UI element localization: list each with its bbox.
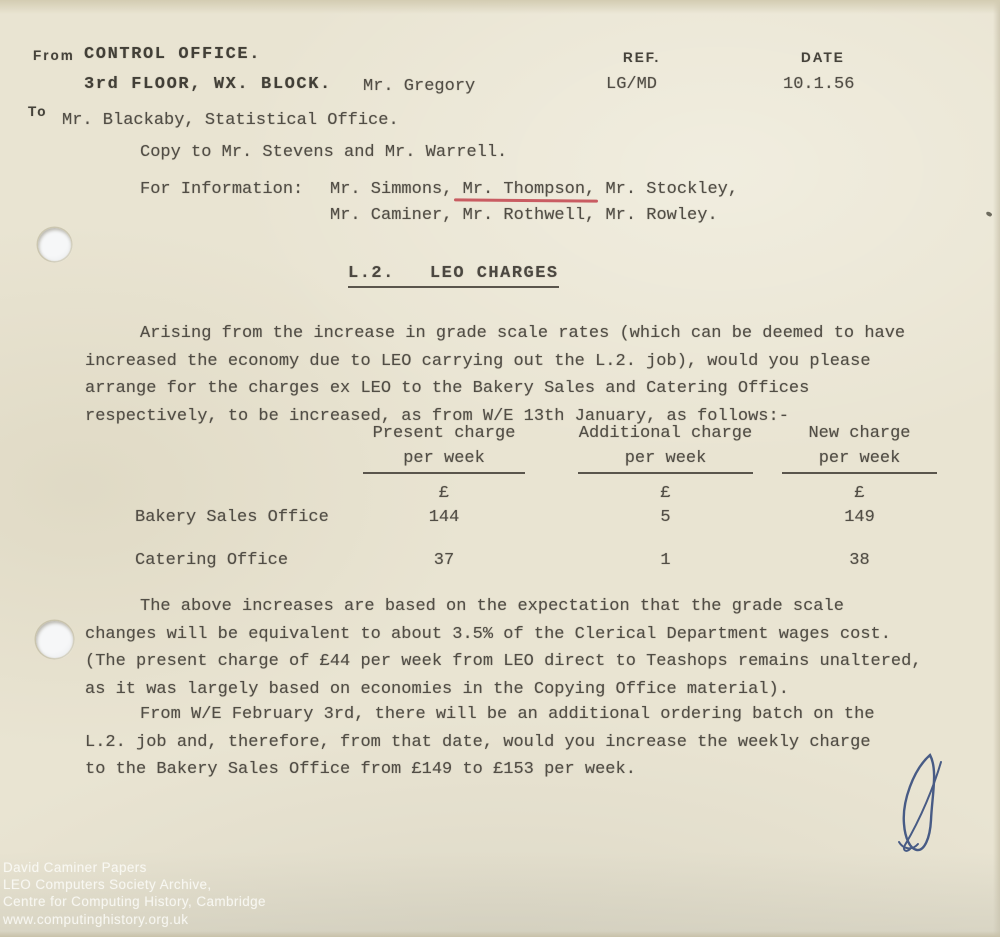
ink-speck: [985, 211, 992, 218]
column-unit: £: [578, 484, 753, 503]
ref-value: LG/MD: [606, 76, 657, 93]
column-title: Additional charge: [579, 424, 752, 443]
cell-new: 149: [782, 508, 937, 527]
paragraph-line: The above increases are based on the exp…: [85, 593, 945, 621]
signature-initial-blue-ink: [890, 750, 956, 858]
cell-present: 37: [363, 551, 525, 570]
document-title: L.2. LEO CHARGES: [348, 264, 559, 288]
from-office: CONTROL OFFICE.: [84, 46, 261, 63]
paragraph-line: changes will be equivalent to about 3.5%…: [85, 621, 945, 649]
column-unit: £: [363, 484, 525, 503]
column-unit: £: [782, 484, 937, 503]
column-title: New charge: [808, 424, 910, 443]
table-column-header-new: New charge per week £: [782, 424, 937, 503]
for-information-label: For Information:: [140, 181, 303, 198]
paper-bottom-edge: [0, 931, 1000, 937]
ref-label: REF.: [623, 50, 660, 65]
paragraph-3: From W/E February 3rd, there will be an …: [85, 701, 945, 784]
row-label: Bakery Sales Office: [135, 508, 329, 527]
to-label: To: [28, 104, 48, 119]
watermark-line: www.computinghistory.org.uk: [3, 911, 266, 928]
cell-present: 144: [363, 508, 525, 527]
paragraph-line: to the Bakery Sales Office from £149 to …: [85, 756, 945, 784]
to-value: Mr. Blackaby, Statistical Office.: [62, 112, 399, 129]
memo-document-scan: From CONTROL OFFICE. REF. DATE 3rd FLOOR…: [0, 0, 1000, 937]
column-title: Present charge: [373, 424, 516, 443]
info-name-simmons: Mr. Simmons,: [330, 180, 463, 199]
paragraph-line: (The present charge of £44 per week from…: [85, 648, 945, 676]
punch-hole-bottom: [36, 621, 73, 658]
column-subtitle: per week: [578, 449, 753, 474]
column-subtitle: per week: [363, 449, 525, 474]
paragraph-line: From W/E February 3rd, there will be an …: [85, 701, 945, 729]
watermark-line: LEO Computers Society Archive,: [3, 876, 266, 893]
info-name-stockley: Mr. Stockley,: [595, 180, 738, 199]
red-pen-underline-annotation: [454, 198, 598, 202]
date-label: DATE: [801, 50, 845, 65]
from-label: From: [33, 48, 75, 63]
row-label: Catering Office: [135, 551, 288, 570]
paragraph-line: Arising from the increase in grade scale…: [85, 320, 945, 348]
table-column-header-additional: Additional charge per week £: [578, 424, 753, 503]
from-person: Mr. Gregory: [363, 78, 475, 95]
archive-watermark: David Caminer Papers LEO Computers Socie…: [3, 859, 266, 928]
info-name-thompson: Mr. Thompson,: [463, 180, 596, 199]
paragraph-2: The above increases are based on the exp…: [85, 593, 945, 703]
cell-new: 38: [782, 551, 937, 570]
paragraph-line: as it was largely based on economies in …: [85, 676, 945, 704]
paragraph-1: Arising from the increase in grade scale…: [85, 320, 945, 430]
cell-additional: 5: [578, 508, 753, 527]
table-column-header-present: Present charge per week £: [363, 424, 525, 503]
info-names-line1: Mr. Simmons, Mr. Thompson, Mr. Stockley,: [330, 181, 738, 198]
paragraph-line: L.2. job and, therefore, from that date,…: [85, 729, 945, 757]
column-subtitle: per week: [782, 449, 937, 474]
copy-line: Copy to Mr. Stevens and Mr. Warrell.: [140, 144, 507, 161]
from-address: 3rd FLOOR, WX. BLOCK.: [84, 76, 332, 93]
punch-hole-top: [38, 228, 71, 261]
paragraph-line: increased the economy due to LEO carryin…: [85, 348, 945, 376]
info-names-line2: Mr. Caminer, Mr. Rothwell, Mr. Rowley.: [330, 207, 718, 224]
watermark-line: Centre for Computing History, Cambridge: [3, 893, 266, 910]
date-value: 10.1.56: [783, 76, 854, 93]
watermark-line: David Caminer Papers: [3, 859, 266, 876]
cell-additional: 1: [578, 551, 753, 570]
paragraph-line: arrange for the charges ex LEO to the Ba…: [85, 375, 945, 403]
